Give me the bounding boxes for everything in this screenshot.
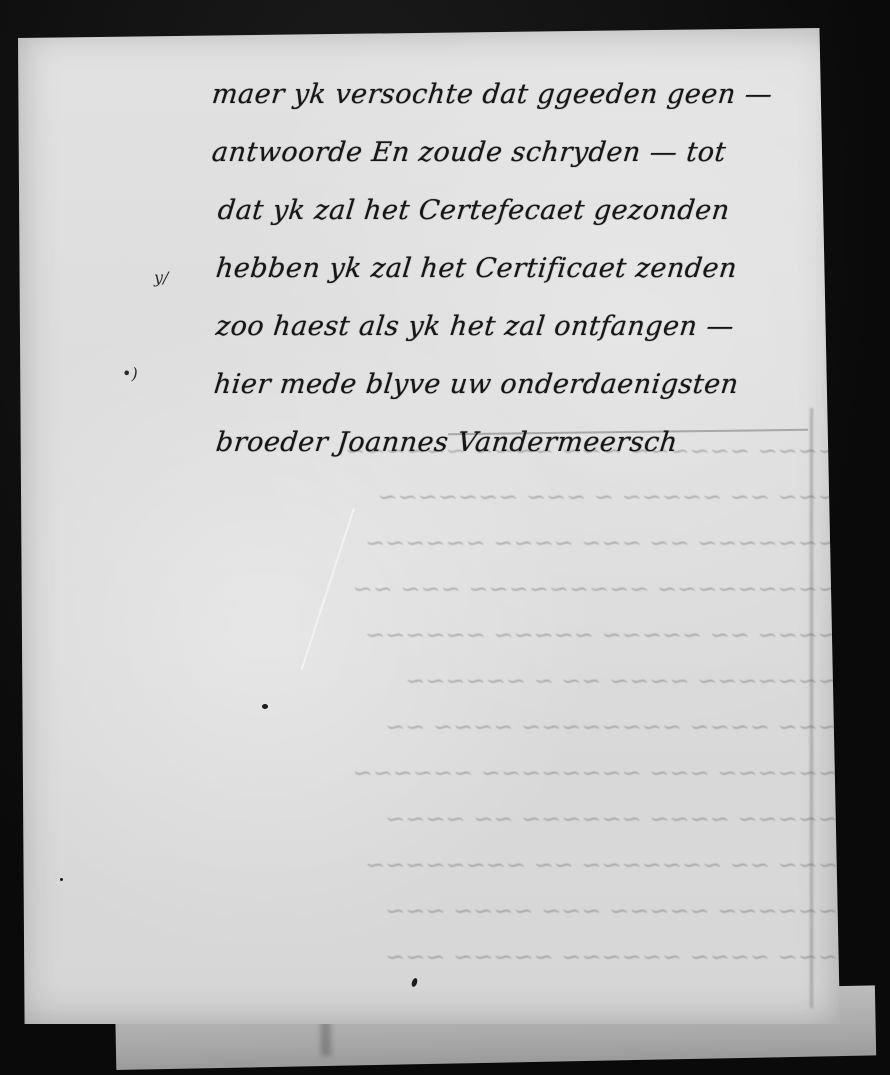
ink-speck xyxy=(60,878,63,881)
bleed-line: ~~~~ ~~ ~~~~~ ~~~~~ ~~~~~~ xyxy=(78,612,838,658)
letter-line: dat yk zal het Certefecaet gezonden xyxy=(215,182,835,240)
bleed-through-text: ~~~~ ~~~~~~ ~~~ ~~~~ ~~~~~~ ~~~ ~~ ~~~~~… xyxy=(78,428,838,980)
bleed-line: ~~~ ~~~~ ~~~~~~~~ ~~~~ ~~ xyxy=(78,704,838,750)
bleed-line: ~~~ ~~ ~~~~~~~ ~~ ~~~~~~~~ xyxy=(78,842,838,888)
letter-body: maer yk versochte dat ggeeden geen — ant… xyxy=(212,66,832,472)
bleed-line: ~~~~~~~ ~~ ~~~ ~~~~ ~~~~~~ xyxy=(78,520,838,566)
bleed-line: ~~~~~~ ~~~~~ ~~~ ~~~~ ~~~ xyxy=(78,888,838,934)
bleed-line: ~~~~~ ~~~~ ~~~~~~ ~~ ~~~~ xyxy=(78,796,838,842)
letter-line: zoo haest als yk het zal ontfangen — xyxy=(213,298,835,356)
bleed-line: ~~~~~~~ ~~~~ ~~ ~ ~~~~~~ xyxy=(78,658,838,704)
bleed-line: ~~~ ~~ ~~~~~ ~ ~~~ ~~~~~~~ xyxy=(78,474,838,520)
margin-mark: •) xyxy=(122,364,138,383)
bleed-line: ~~~ ~~~~ ~~~~~~ ~~~~~ ~~~ xyxy=(78,934,838,980)
bleed-line: ~~~~~~ ~~~ ~~~~~~~~ ~~~~~~ xyxy=(78,750,838,796)
bleed-line: ~~~~~~~~~ ~~~~~~~~~ ~~~ ~~ xyxy=(78,566,838,612)
letter-line: hier mede blyve uw onderdaenigsten xyxy=(211,356,835,414)
signature-line: broeder Joannes Vandermeersch xyxy=(213,414,835,472)
letter-line: hebben yk zal het Certificaet zenden xyxy=(213,240,835,298)
margin-mark: y/ xyxy=(154,268,168,287)
letter-line: antwoorde En zoude schryden — tot xyxy=(209,124,835,182)
letter-line: maer yk versochte dat ggeeden geen — xyxy=(209,66,835,124)
ink-speck xyxy=(262,704,268,709)
scan-frame: ~~~~ ~~~~~~ ~~~ ~~~~ ~~~~~~ ~~~ ~~ ~~~~~… xyxy=(0,0,890,1075)
